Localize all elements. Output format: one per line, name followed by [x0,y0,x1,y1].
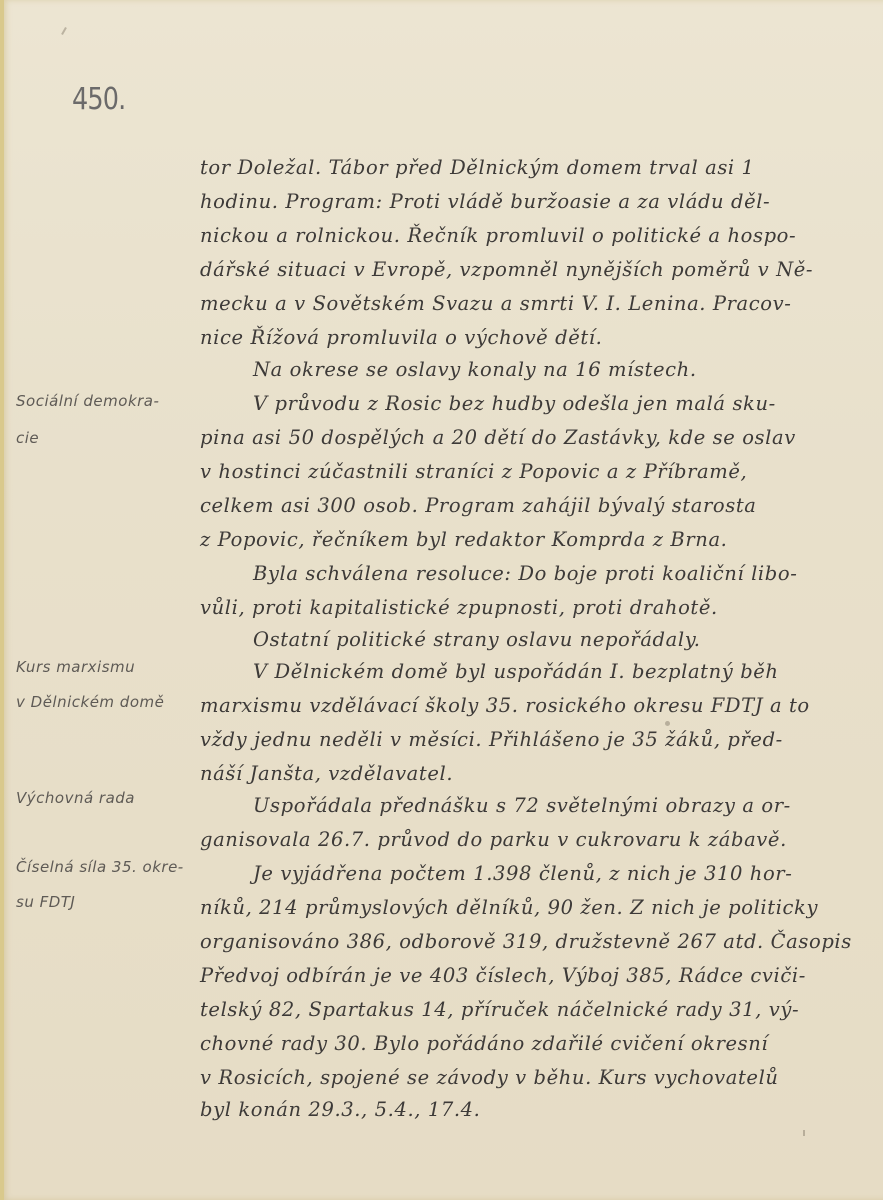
body-line: hodinu. Program: Proti vládě buržoasie a… [200,190,770,213]
paper-speck [61,27,67,35]
body-line: telský 82, Spartakus 14, příruček náčeln… [200,998,799,1021]
margin-note-numerical-strength-cont: su FDTJ [16,893,75,911]
body-line: v Rosicích, spojené se závody v běhu. Ku… [200,1066,779,1089]
body-line-paragraph-start: Uspořádala přednášku s 72 světelnými obr… [253,794,791,817]
body-line: chovné rady 30. Bylo pořádáno zdařilé cv… [200,1032,768,1055]
body-line: organisováno 386, odborově 319, družstev… [200,930,852,953]
margin-note-marxism-course-cont: v Dělnickém domě [16,693,164,711]
body-line: byl konán 29.3., 5.4., 17.4. [200,1098,480,1121]
paper-speck [803,1130,805,1136]
paper-speck [665,721,670,726]
margin-note-marxism-course: Kurs marxismu [16,658,135,676]
body-line: pina asi 50 dospělých a 20 dětí do Zastá… [200,426,796,449]
body-line-paragraph-start: Je vyjádřena počtem 1.398 členů, z nich … [253,862,792,885]
body-line: z Popovic, řečníkem byl redaktor Komprda… [200,528,727,551]
body-line: ganisovala 26.7. průvod do parku v cukro… [200,828,787,851]
body-line: marxismu vzdělávací školy 35. rosického … [200,694,810,717]
body-line: nickou a rolnickou. Řečník promluvil o p… [200,224,796,247]
body-line-paragraph-start: Ostatní politické strany oslavu nepořáda… [253,628,701,651]
body-line: náší Janšta, vzdělavatel. [200,762,453,785]
body-line: vůli, proti kapitalistické zpupnosti, pr… [200,596,718,619]
body-line: dářské situaci v Evropě, vzpomněl nynějš… [200,258,813,281]
body-line-paragraph-start: V Dělnickém domě byl uspořádán I. bezpla… [253,660,779,683]
body-line: mecku a v Sovětském Svazu a smrti V. I. … [200,292,791,315]
page-number: 450. [72,82,125,117]
body-line: celkem asi 300 osob. Program zahájil býv… [200,494,757,517]
body-line: Předvoj odbírán je ve 403 číslech, Výboj… [200,964,806,987]
body-line: v hostinci zúčastnili straníci z Popovic… [200,460,747,483]
body-line-paragraph-start: Na okrese se oslavy konaly na 16 místech… [253,358,697,381]
body-line: tor Doležal. Tábor před Dělnickým domem … [200,156,755,179]
margin-note-numerical-strength: Číselná síla 35. okre- [16,858,184,876]
body-line: vždy jednu neděli v měsíci. Přihlášeno j… [200,728,783,751]
margin-note-education-council: Výchovná rada [16,789,135,807]
manuscript-page: 450. Sociální demokra- cie Kurs marxismu… [0,0,883,1200]
margin-note-social-democracy-cont: cie [16,429,39,447]
margin-note-social-democracy: Sociální demokra- [16,392,159,410]
body-line-paragraph-start: V průvodu z Rosic bez hudby odešla jen m… [253,392,776,415]
body-line-paragraph-start: Byla schválena resoluce: Do boje proti k… [253,562,797,585]
body-line: níků, 214 průmyslových dělníků, 90 žen. … [200,896,818,919]
body-line: nice Řížová promluvila o výchově dětí. [200,326,602,349]
